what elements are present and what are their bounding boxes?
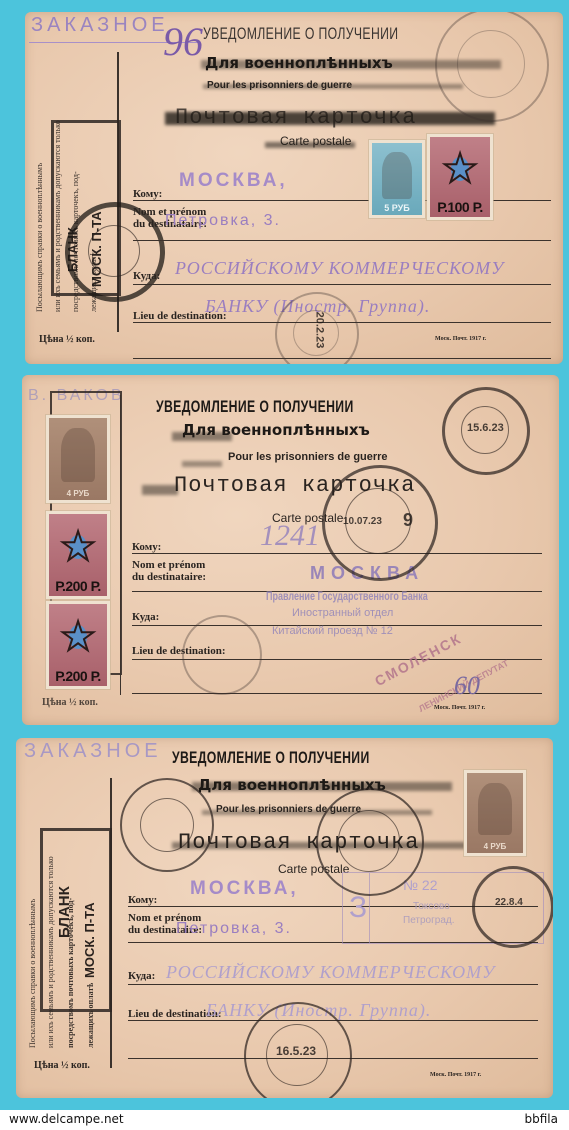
label-name-fr: Nom et prénom bbox=[132, 559, 205, 571]
label-to: Кому: bbox=[133, 188, 162, 200]
address-street: Петровка, 3. bbox=[165, 212, 281, 230]
postmark-smolensk: 15.6.23 bbox=[442, 387, 530, 475]
stamp-4-rub: 4 РУБ bbox=[464, 770, 526, 856]
price-label: Цѣна ½ коп. bbox=[34, 1060, 90, 1071]
postmark-faint bbox=[182, 615, 262, 695]
pencil-note: 60 bbox=[454, 671, 480, 701]
registration-office: Токсово bbox=[413, 901, 450, 912]
postcard-2: В. ВАКОВ УВЕДОМЛЕНИЕ О ПОЛУЧЕНИИ Для вое… bbox=[22, 375, 559, 725]
box-stamp-line-1: БЛАНК bbox=[56, 886, 73, 938]
form-line bbox=[128, 984, 538, 985]
photo-area: ЗАКАЗНОЕ УВЕДОМЛЕНИЕ О ПОЛУЧЕНИИ 96 Для … bbox=[0, 0, 569, 1110]
stamp-200-rub-overprint-2: ★Р.200 Р. bbox=[46, 601, 110, 689]
header-fr: Pour les prisonniers de guerre bbox=[228, 451, 388, 463]
stamp-4-rub: 4 РУБ bbox=[46, 415, 110, 503]
side-text-1: Посылающимъ справки о военноплѣннымъ bbox=[35, 52, 45, 312]
price-label: Цѣна ½ коп. bbox=[39, 334, 95, 345]
price-label: Цѣна ½ коп. bbox=[42, 697, 98, 708]
strikeout bbox=[172, 432, 232, 441]
registration-letter: З bbox=[349, 891, 367, 925]
form-line bbox=[133, 240, 551, 241]
stamp-200-rub-overprint-1: ★Р.200 Р. bbox=[46, 511, 110, 599]
stamp-100-rub-overprint: ★Р.100 Р. bbox=[427, 134, 493, 220]
strikeout bbox=[192, 782, 452, 791]
label-where: Куда: bbox=[128, 970, 155, 982]
listing-footer: www.delcampe.net bbfila bbox=[0, 1110, 569, 1130]
imprint: Моск. Почт. 1917 г. bbox=[430, 1072, 481, 1078]
address-city: МОСКВА, bbox=[179, 170, 288, 192]
imprint: Моск. Почт. 1917 г. bbox=[435, 336, 486, 342]
registered-mark: ЗАКАЗНОЕ bbox=[31, 14, 169, 37]
strikeout bbox=[142, 485, 178, 495]
strikeout bbox=[265, 142, 355, 148]
imprint: Моск. Почт. 1917 г. bbox=[434, 705, 485, 711]
pencil-number: 1241 bbox=[260, 519, 320, 553]
label-to: Кому: bbox=[132, 541, 161, 553]
postmark-toksovo-1 bbox=[120, 778, 214, 872]
pencil-number: 96 bbox=[163, 18, 203, 65]
postcard-3: ЗАКАЗНОЕ УВЕДОМЛЕНИЕ О ПОЛУЧЕНИИ Для вое… bbox=[16, 738, 553, 1098]
header-overprint: УВЕДОМЛЕНИЕ О ПОЛУЧЕНИИ bbox=[156, 397, 354, 417]
site-watermark: www.delcampe.net bbox=[9, 1112, 124, 1126]
registration-region: Петроград. bbox=[403, 915, 455, 926]
strikeout bbox=[182, 461, 222, 467]
address-dept: Иностранный отдел bbox=[292, 607, 393, 619]
side-column-rule bbox=[120, 395, 121, 695]
strikeout bbox=[165, 112, 495, 125]
header-overprint: УВЕДОМЛЕНИЕ О ПОЛУЧЕНИИ bbox=[203, 24, 398, 44]
stamp-5-rub: 5 РУБ bbox=[369, 140, 425, 218]
postcard-1: ЗАКАЗНОЕ УВЕДОМЛЕНИЕ О ПОЛУЧЕНИИ 96 Для … bbox=[25, 12, 563, 364]
seller-name: bbfila bbox=[525, 1112, 558, 1126]
header-overprint: УВЕДОМЛЕНИЕ О ПОЛУЧЕНИИ bbox=[172, 748, 370, 768]
label-where: Куда: bbox=[132, 611, 159, 623]
address-bank: Правление Государственного Банка bbox=[266, 589, 428, 603]
strikeout bbox=[203, 84, 463, 89]
postmark-toksovo-2 bbox=[316, 788, 424, 896]
form-line bbox=[133, 284, 551, 285]
box-stamp-line-2: МОСК. П-ТА bbox=[82, 902, 97, 978]
blank-box-stamp bbox=[40, 828, 112, 1012]
registered-mark: ЗАКАЗНОЕ bbox=[24, 740, 162, 763]
address-bank: РОССИЙСКОМУ КОММЕРЧЕСКОМУ bbox=[166, 962, 495, 983]
address-street: Петровка, 3. bbox=[176, 920, 292, 938]
label-name-fr2: du destinataire: bbox=[132, 571, 206, 583]
postmark-right: 22.8.4 bbox=[472, 866, 553, 948]
address-city: МОСКВА, bbox=[190, 878, 299, 900]
side-text-1: Посылающимъ справки о военноплѣннымъ bbox=[28, 778, 38, 1048]
postmark-moscow: 10.07.23 9 bbox=[322, 465, 438, 581]
form-line bbox=[132, 693, 542, 694]
postmark-faint bbox=[435, 12, 549, 122]
label-where: Куда: bbox=[133, 270, 160, 282]
address-bank: РОССИЙСКОМУ КОММЕРЧЕСКОМУ bbox=[175, 258, 504, 279]
label-to: Кому: bbox=[128, 894, 157, 906]
address-street: Китайский проезд № 12 bbox=[272, 625, 393, 637]
